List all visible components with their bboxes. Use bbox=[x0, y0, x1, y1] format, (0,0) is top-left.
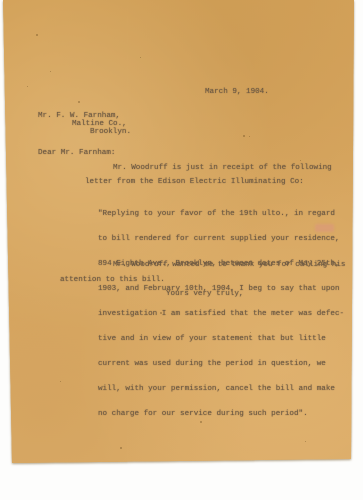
quote-line: tive and in view of your statement that … bbox=[98, 336, 344, 343]
quote-line: current was used during the period in qu… bbox=[98, 361, 344, 368]
quote-line: "Replying to your favor of the 19th ulto… bbox=[98, 211, 344, 218]
closing-line-2: attention to this bill. bbox=[60, 276, 165, 285]
address-line-city: Brooklyn. bbox=[90, 128, 131, 137]
paper-speck bbox=[120, 447, 122, 449]
paper-speck bbox=[250, 332, 251, 333]
closing-line-1: Mr. Woodruff wanted me to thank you for … bbox=[113, 261, 345, 270]
paper-speck bbox=[36, 34, 38, 36]
paper-speck bbox=[243, 135, 245, 137]
quoted-letter-paragraph: "Replying to your favor of the 19th ulto… bbox=[98, 193, 344, 436]
paper-speck bbox=[300, 160, 301, 161]
quote-line: no charge for our service during such pe… bbox=[98, 411, 344, 418]
quote-line: to bill rendered for current supplied yo… bbox=[98, 236, 344, 243]
paper-shadow: March 9, 1904. Mr. F. W. Farnham, Maltin… bbox=[0, 0, 363, 500]
valediction-line: Yours very truly, bbox=[166, 290, 243, 299]
quote-line: will, with your permission, cancel the b… bbox=[98, 386, 344, 393]
salutation-line: Dear Mr. Farnham: bbox=[38, 149, 115, 158]
intro-line-2: letter from the Edison Electric Illumina… bbox=[85, 178, 304, 187]
paper-speck bbox=[249, 136, 250, 137]
paper-speck bbox=[50, 71, 51, 72]
ink-smudge-mark bbox=[315, 224, 334, 232]
intro-line-1: Mr. Woodruff is just in receipt of the f… bbox=[113, 164, 332, 173]
paper-speck bbox=[27, 86, 28, 87]
paper-speck bbox=[160, 312, 162, 314]
scanned-letter-page: March 9, 1904. Mr. F. W. Farnham, Maltin… bbox=[0, 0, 363, 500]
paper-speck bbox=[305, 441, 306, 442]
date-line: March 9, 1904. bbox=[205, 88, 269, 97]
quote-line: investigation I am satisfied that the me… bbox=[98, 311, 344, 318]
paper-speck bbox=[200, 421, 202, 423]
letter-paper: March 9, 1904. Mr. F. W. Farnham, Maltin… bbox=[0, 0, 363, 500]
paper-speck bbox=[78, 101, 80, 103]
paper-speck bbox=[140, 57, 141, 58]
paper-speck bbox=[60, 381, 61, 382]
